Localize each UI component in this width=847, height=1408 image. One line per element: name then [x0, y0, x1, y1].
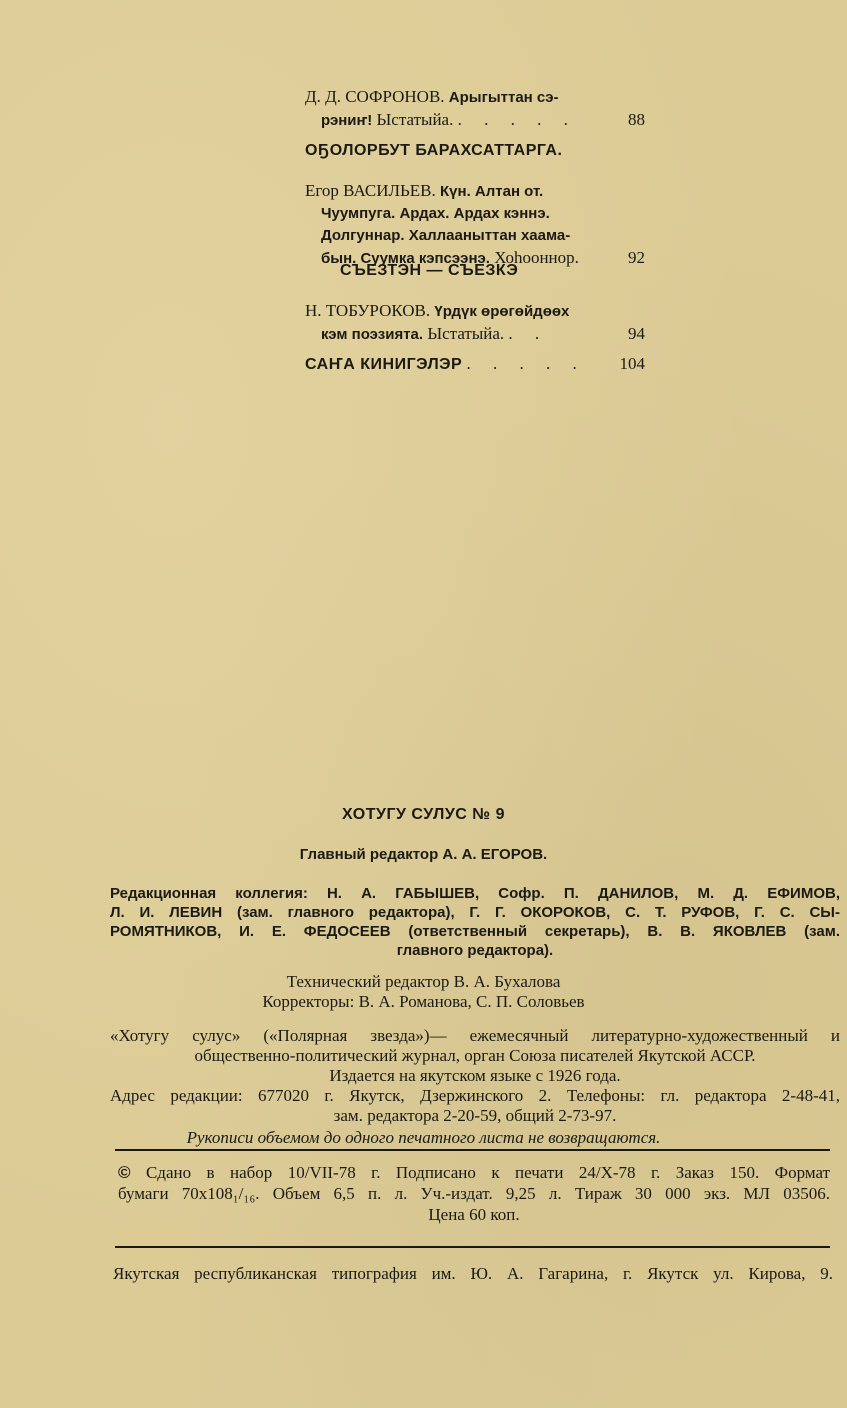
toc-section-heading: СЪЕЗТЭН — СЪЕЗКЭ: [340, 262, 518, 280]
toc-author: Егор ВАСИЛЬЕВ.: [305, 181, 436, 200]
about-line: Издается на якутском языке с 1926 года.: [110, 1066, 840, 1086]
toc-title: Үрдүк өрөгөйдөөх: [434, 303, 569, 320]
about-line: общественно-политический журнал, орган С…: [110, 1046, 840, 1066]
toc-title: Күн. Алтан от.: [440, 183, 543, 200]
toc-entry-toburokov: Н. ТОБУРОКОВ. Үрдүк өрөгөйдөөх кэм поэзи…: [305, 300, 645, 346]
toc-title-cont: кэм поэзията.: [321, 326, 423, 343]
toc-page-number: 94: [628, 323, 645, 346]
toc-section-heading: ОҔОЛОРБУТ БАРАХСАТТАРГА.: [305, 142, 562, 160]
board-line: РОМЯТНИКОВ, И. Е. ФЕДОСЕЕВ (ответственны…: [110, 922, 840, 941]
toc-page-number: 92: [628, 247, 645, 270]
toc-entry-new-books: САҤА КИНИГЭЛЭР . . . . . 104: [305, 353, 645, 376]
toc-title-cont: Чуумпуга. Ардах. Ардах кэннэ.: [321, 203, 550, 225]
manuscripts-note: Рукописи объемом до одного печатного лис…: [0, 1128, 847, 1148]
proofreaders: Корректоры: В. А. Романова, С. П. Соловь…: [0, 992, 847, 1012]
board-line: главного редактора).: [110, 941, 840, 960]
editorial-address: Адрес редакции: 677020 г. Якутск, Дзержи…: [110, 1086, 840, 1106]
toc-genre: Ыстатыйа.: [376, 110, 453, 129]
journal-title: ХОТУГУ СУЛУС № 9: [0, 806, 847, 824]
toc-author: Д. Д. СОФРОНОВ.: [305, 87, 445, 106]
staff-credits: Технический редактор В. А. Бухалова Корр…: [0, 972, 847, 1012]
editorial-board: Редакционная коллегия: Н. А. ГАБЫШЕВ, Со…: [110, 884, 840, 960]
divider: [115, 1246, 830, 1248]
toc-page-number: 104: [620, 353, 646, 376]
journal-description: «Хотугу сулус» («Полярная звезда»)— ежем…: [110, 1026, 840, 1126]
printer-info: Якутская республиканская типография им. …: [113, 1264, 833, 1284]
tech-editor: Технический редактор В. А. Бухалова: [0, 972, 847, 992]
toc-page-number: 88: [628, 109, 645, 132]
toc-leader: . .: [508, 324, 548, 343]
chief-editor: Главный редактор А. А. ЕГОРОВ.: [0, 846, 847, 863]
toc-leader: . . . . .: [466, 354, 585, 373]
toc-entry-vasilyev: Егор ВАСИЛЬЕВ. Күн. Алтан от. Чуумпуга. …: [305, 180, 645, 270]
board-line: Л. И. ЛЕВИН (зам. главного редактора), Г…: [110, 903, 840, 922]
toc-title-cont: рэниҥ!: [321, 112, 372, 129]
copyright-icon: ©: [118, 1163, 131, 1182]
toc-author: Н. ТОБУРОКОВ.: [305, 301, 430, 320]
board-line: Редакционная коллегия: Н. А. ГАБЫШЕВ, Со…: [110, 884, 840, 903]
print-details: © Сдано в набор 10/VII-78 г. Подписано к…: [118, 1162, 830, 1225]
toc-title-cont: Долгуннар. Халлааныттан хаама-: [321, 225, 570, 247]
toc-title: Арыгыттан сэ-: [449, 89, 559, 106]
toc-entry-sofronov: Д. Д. СОФРОНОВ. Арыгыттан сэ- рэниҥ! Ыст…: [305, 86, 645, 132]
toc-leader: . . . . .: [458, 110, 577, 129]
price: Цена 60 коп.: [118, 1204, 830, 1225]
editorial-phones: зам. редактора 2-20-59, общий 2-73-97.: [110, 1106, 840, 1126]
print-line: бумаги 70х108₁/₁₆. Объем 6,5 п. л. Уч.-и…: [118, 1183, 830, 1204]
divider: [115, 1149, 830, 1151]
toc-genre: Ыстатыйа.: [427, 324, 504, 343]
print-line: Сдано в набор 10/VII-78 г. Подписано к п…: [146, 1163, 830, 1182]
about-line: «Хотугу сулус» («Полярная звезда»)— ежем…: [110, 1026, 840, 1046]
toc-title: САҤА КИНИГЭЛЭР: [305, 356, 462, 373]
